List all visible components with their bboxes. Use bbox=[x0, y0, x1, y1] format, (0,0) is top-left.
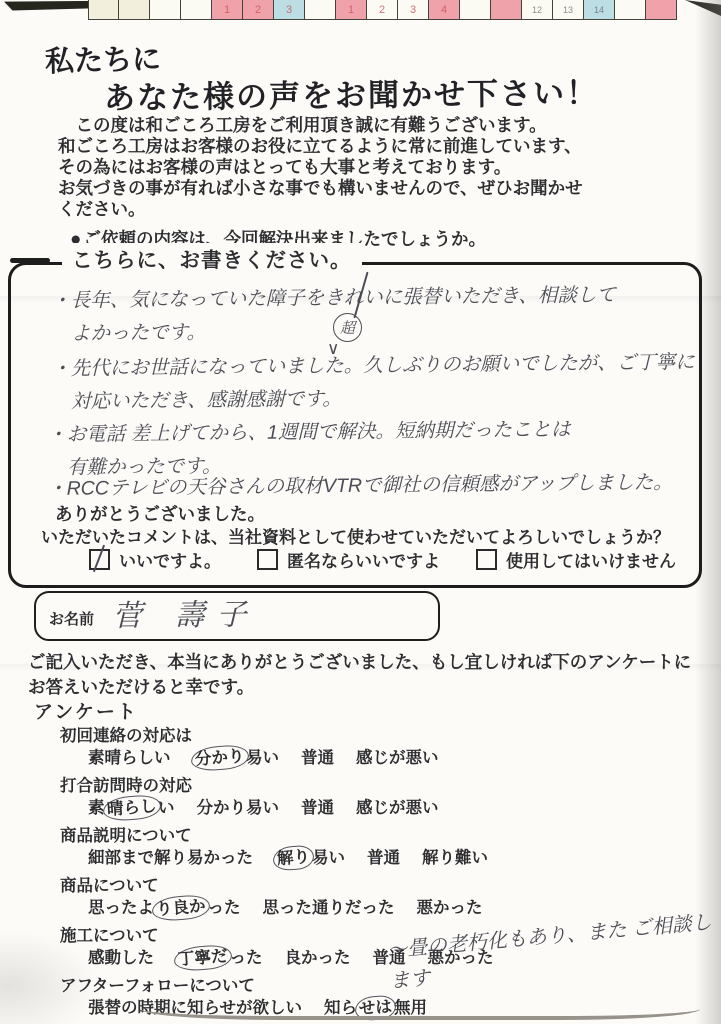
calendar-cell: 3 bbox=[398, 0, 429, 20]
name-field-label: お名前 bbox=[49, 608, 94, 629]
handwritten-circle-mark: 解り bbox=[272, 845, 315, 872]
consent-option[interactable]: いいですよ。 bbox=[89, 547, 221, 572]
calendar-cell: 2 bbox=[367, 0, 398, 20]
calendar-cell: 1 bbox=[212, 0, 243, 20]
calendar-cell bbox=[181, 0, 212, 20]
survey-section: 初回連絡の対応は 素晴らしい分かり易い普通感じが悪い 打合訪問時の対応 素晴らし… bbox=[0, 726, 721, 1024]
calendar-cell: 2 bbox=[243, 0, 274, 20]
consent-question: いただいたコメントは、当社資料として使わせていただいてよろしいでしょうか？ bbox=[41, 523, 670, 548]
name-field-value[interactable]: 菅 壽子 bbox=[112, 591, 259, 641]
checkbox-icon[interactable] bbox=[257, 549, 278, 570]
survey-option[interactable]: 解り難い bbox=[422, 849, 488, 867]
paper-bottom-edge bbox=[140, 998, 700, 1020]
calendar-cell: 3 bbox=[274, 0, 305, 20]
survey-option[interactable]: 思った通りだった bbox=[263, 899, 395, 917]
survey-option[interactable]: 丁寧だった bbox=[176, 949, 263, 967]
calendar-cell bbox=[88, 0, 119, 20]
insertion-mark-circle: 超 bbox=[333, 313, 362, 342]
survey-option[interactable]: 悪かった bbox=[417, 899, 483, 917]
survey-question-initial-contact: 初回連絡の対応は 素晴らしい分かり易い普通感じが悪い bbox=[0, 726, 721, 770]
survey-option[interactable]: 分かり易い bbox=[197, 799, 280, 817]
handwritten-comment: ・先代にお世話になっていました。久しぶりのお願いでしたが、ご丁寧に 対応いただき… bbox=[51, 346, 695, 419]
heading-dash bbox=[10, 258, 50, 263]
comment-box-heading: こちらに、お書きください。 bbox=[62, 243, 362, 273]
intro-paragraph: この度は和ごころ工房をご利用頂き誠に有難うございます。 和ごころ工房はお客様のお… bbox=[58, 115, 688, 220]
calendar-cell bbox=[491, 0, 522, 20]
handwritten-circle-mark: 丁寧だ bbox=[173, 944, 232, 972]
survey-option[interactable]: 普通 bbox=[301, 799, 334, 817]
consent-option-label: 使用してはいけません bbox=[506, 547, 676, 572]
page-title-line2: あなた様の声をお聞かせ下さい！ bbox=[104, 67, 599, 117]
calendar-cell: 12 bbox=[522, 0, 553, 20]
calendar-cell: 13 bbox=[553, 0, 584, 20]
insertion-caret-icon: ∨ bbox=[327, 339, 339, 359]
calendar-strip-fragment: 1231234121314 bbox=[88, 0, 677, 21]
survey-question-product: 商品について 思ったより良かった思った通りだった悪かった bbox=[0, 876, 721, 920]
handwritten-circle-mark: 分かり bbox=[190, 744, 249, 772]
handwritten-circle-mark: 晴らし bbox=[102, 794, 161, 822]
survey-option[interactable]: 普通 bbox=[367, 849, 400, 867]
survey-question-product-explanation: 商品説明について 細部まで解り易かった解り易い普通解り難い bbox=[0, 826, 721, 870]
calendar-cell bbox=[305, 0, 336, 20]
calendar-cell bbox=[119, 0, 150, 20]
calendar-cell bbox=[615, 0, 646, 20]
calendar-cell bbox=[150, 0, 181, 20]
scanned-questionnaire-page: 1231234121314 私たちに あなた様の声をお聞かせ下さい！ この度は和… bbox=[0, 0, 721, 1024]
consent-option-label: いいですよ。 bbox=[119, 547, 221, 572]
consent-option[interactable]: 使用してはいけません bbox=[476, 547, 676, 572]
handwritten-circle-mark: り良か bbox=[151, 894, 210, 922]
calendar-cell bbox=[646, 0, 677, 20]
survey-option[interactable]: 分かり易い bbox=[193, 749, 280, 767]
checkbox-icon[interactable] bbox=[476, 549, 497, 570]
survey-option[interactable]: 思ったより良かった bbox=[88, 899, 241, 917]
comment-box[interactable]: ・長年、気になっていた障子をきれいに張替いただき、相談して よかったです。 ・先… bbox=[8, 262, 702, 588]
calendar-cell bbox=[460, 0, 491, 20]
survey-option[interactable]: 素晴らしい bbox=[88, 799, 175, 817]
survey-question-label: 商品について bbox=[60, 876, 721, 896]
consent-option[interactable]: 匿名ならいいですよ bbox=[257, 547, 440, 572]
survey-question-label: 打合訪問時の対応 bbox=[60, 776, 721, 796]
survey-option[interactable]: 良かった bbox=[285, 949, 351, 967]
survey-option[interactable]: 感じが悪い bbox=[356, 749, 439, 767]
survey-option[interactable]: 解り易い bbox=[275, 849, 345, 867]
survey-option[interactable]: 普通 bbox=[301, 749, 334, 767]
consent-options-row: いいですよ。匿名ならいいですよ使用してはいけません bbox=[89, 547, 676, 572]
scan-shadow-bottom-left bbox=[0, 930, 100, 1024]
survey-option[interactable]: 感じが悪い bbox=[356, 799, 439, 817]
survey-question-label: 初回連絡の対応は bbox=[60, 726, 721, 746]
checkbox-checked-icon[interactable] bbox=[89, 549, 110, 570]
consent-option-label: 匿名ならいいですよ bbox=[287, 547, 440, 572]
calendar-cell: 1 bbox=[336, 0, 367, 20]
survey-heading: アンケート bbox=[34, 697, 138, 724]
closing-text: ご記入いただき、本当にありがとうございました、もし宜しければ下のアンケートに お… bbox=[28, 650, 691, 700]
survey-question-meeting-visit: 打合訪問時の対応 素晴らしい分かり易い普通感じが悪い bbox=[0, 776, 721, 820]
survey-option[interactable]: 素晴らしい bbox=[88, 749, 171, 767]
name-field-box[interactable]: お名前 菅 壽子 bbox=[34, 591, 440, 641]
calendar-cell: 14 bbox=[584, 0, 615, 20]
calendar-cell: 4 bbox=[429, 0, 460, 20]
survey-option[interactable]: 細部まで解り易かった bbox=[88, 849, 253, 867]
survey-question-label: 商品説明について bbox=[60, 826, 721, 846]
